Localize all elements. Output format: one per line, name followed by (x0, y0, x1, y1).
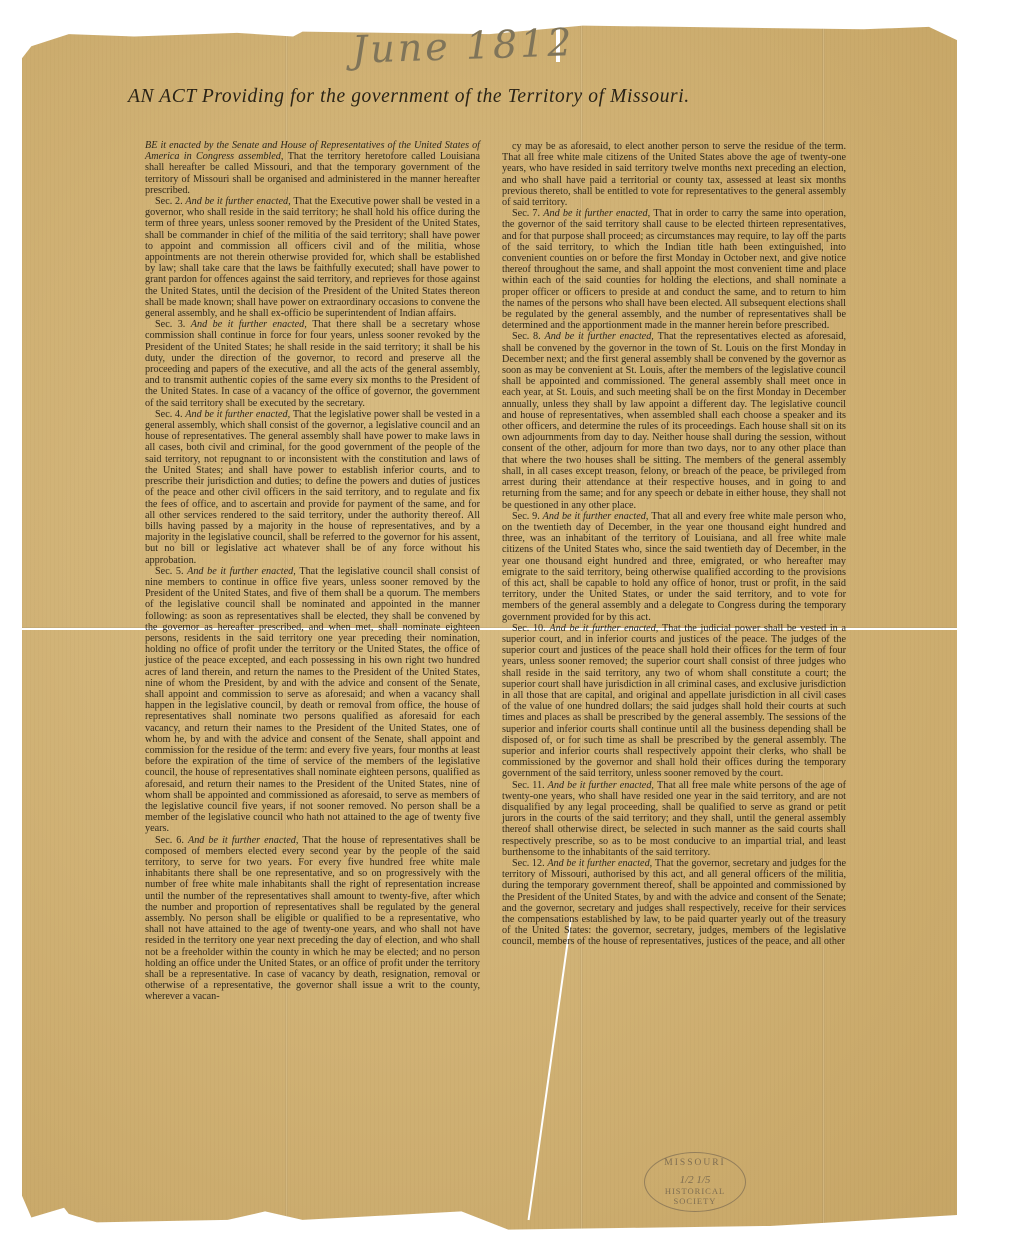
section-2: Sec. 2. And be it further enacted, That … (145, 196, 480, 319)
section-7: Sec. 7. And be it further enacted, That … (502, 208, 846, 331)
left-column: BE it enacted by the Senate and House of… (145, 140, 480, 1003)
section-number: Sec. 5. (155, 566, 187, 577)
section-number: Sec. 10. (512, 623, 549, 634)
section-6: Sec. 6. And be it further enacted, That … (145, 835, 480, 1003)
enacting-clause: And be it further enacted, (548, 780, 657, 791)
section-text: That in order to carry the same into ope… (502, 208, 846, 331)
section-text: That the judicial power shall be vested … (502, 623, 846, 780)
section-text: That all and every free white male perso… (502, 511, 846, 623)
section-number: Sec. 11. (512, 780, 548, 791)
section-number: Sec. 6. (155, 835, 188, 846)
handwritten-date: June 1812 (351, 20, 575, 72)
section-number: Sec. 2. (155, 196, 185, 207)
stamp-top-text: MISSOURI (645, 1158, 745, 1168)
section-12: Sec. 12. And be it further enacted, That… (502, 858, 846, 948)
enacting-clause: And be it further enacted, (187, 566, 299, 577)
section-11: Sec. 11. And be it further enacted, That… (502, 780, 846, 858)
section-number: Sec. 12. (512, 858, 547, 869)
enacting-clause: And be it further enacted, (188, 835, 302, 846)
section-text: That all free male white persons of the … (502, 780, 846, 858)
section-5: Sec. 5. And be it further enacted, That … (145, 566, 480, 835)
document-title: AN ACT Providing for the government of t… (128, 86, 690, 108)
enacting-clause: And be it further enacted, (547, 858, 655, 869)
historical-society-stamp: MISSOURI 1/2 1/5 HISTORICAL SOCIETY (644, 1152, 746, 1212)
section-text: That the legislative council shall consi… (145, 566, 480, 835)
right-column: cy may be as aforesaid, to elect another… (502, 141, 846, 948)
enacting-clause: And be it further enacted, (543, 208, 653, 219)
section-paragraph: cy may be as aforesaid, to elect another… (502, 141, 846, 208)
section-number: Sec. 3. (155, 319, 191, 330)
enacting-clause: And be it further enacted, (191, 319, 312, 330)
section-text: That the representatives elected as afor… (502, 331, 846, 510)
section-text: That the Executive power shall be vested… (145, 196, 480, 319)
section-text: That the house of representatives shall … (145, 835, 480, 1003)
section-4: Sec. 4. And be it further enacted, That … (145, 409, 480, 566)
section-text: That the legislative power shall be vest… (145, 409, 480, 566)
section-number: Sec. 8. (512, 331, 544, 342)
stamp-bottom-text: HISTORICAL SOCIETY (645, 1186, 745, 1206)
section-3: Sec. 3. And be it further enacted, That … (145, 319, 480, 409)
section-number: Sec. 4. (155, 409, 185, 420)
section-text: That the governor, secretary and judges … (502, 858, 846, 947)
section-number: Sec. 7. (512, 208, 543, 219)
section-10: Sec. 10. And be it further enacted, That… (502, 623, 846, 780)
enacting-clause: And be it further enacted, (185, 196, 293, 207)
section-text: That there shall be a secretary whose co… (145, 319, 480, 408)
section-paragraph: BE it enacted by the Senate and House of… (145, 140, 480, 196)
enacting-clause: And be it further enacted, (549, 623, 662, 634)
enacting-clause: And be it further enacted, (185, 409, 293, 420)
stamp-handwritten-number: 1/2 1/5 (645, 1174, 745, 1186)
enacting-clause: And be it further enacted, (544, 331, 657, 342)
section-9: Sec. 9. And be it further enacted, That … (502, 511, 846, 623)
section-number: Sec. 9. (512, 511, 543, 522)
enacting-clause: And be it further enacted, (543, 511, 652, 522)
section-8: Sec. 8. And be it further enacted, That … (502, 331, 846, 510)
section-text: cy may be as aforesaid, to elect another… (502, 141, 846, 208)
bottom-tear (528, 918, 572, 1220)
